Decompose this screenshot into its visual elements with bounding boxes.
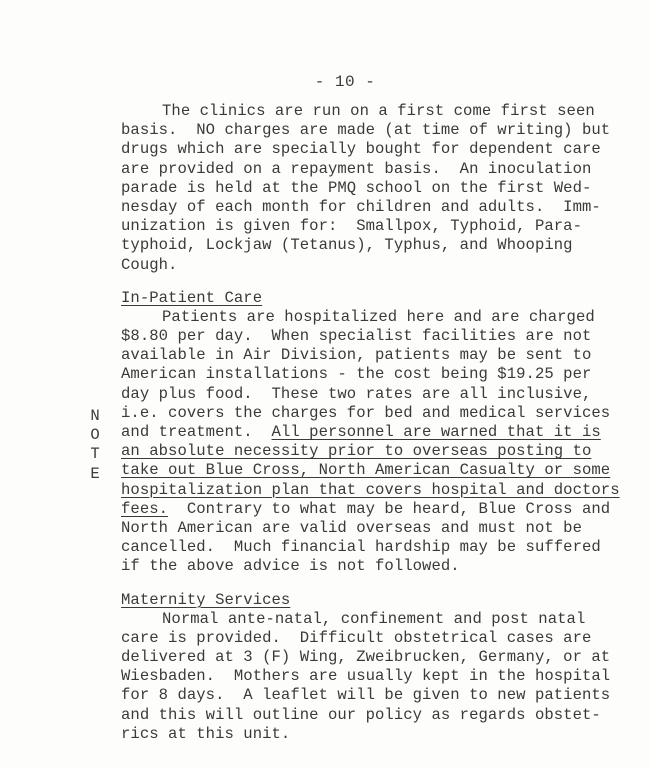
text-line: if the above advice is not followed.	[121, 557, 581, 576]
underlined-warning: hospitalization plan that covers hospita…	[121, 481, 620, 499]
text-line: typhoid, Lockjaw (Tetanus), Typhus, and …	[121, 236, 581, 255]
section-heading-maternity: Maternity Services	[121, 591, 290, 609]
text-line: American installations - the cost being …	[121, 365, 581, 384]
section-heading-inpatient: In-Patient Care	[121, 289, 262, 307]
text-line: parade is held at the PMQ school on the …	[121, 179, 581, 198]
text-line: $8.80 per day. When specialist facilitie…	[121, 327, 581, 346]
warning-line: and treatment. All personnel are warned …	[121, 423, 581, 442]
note-letter: T	[88, 445, 102, 464]
note-letter: O	[88, 426, 102, 445]
text-line: rics at this unit.	[121, 725, 581, 744]
text-line: basis. NO charges are made (at time of w…	[121, 121, 581, 140]
inpatient-section: In-Patient Care Patients are hospitalize…	[121, 289, 581, 577]
text-line: available in Air Division, patients may …	[121, 346, 581, 365]
text-line: for 8 days. A leaflet will be given to n…	[121, 686, 581, 705]
underlined-warning: an absolute necessity prior to overseas …	[121, 442, 591, 460]
note-margin-annotation: N O T E	[88, 407, 102, 484]
text-line: Patients are hospitalized here and are c…	[121, 308, 581, 327]
page-number: - 10 -	[0, 73, 650, 91]
text-line: i.e. covers the charges for bed and medi…	[121, 404, 581, 423]
document-body: The clinics are run on a first come firs…	[121, 102, 581, 744]
text-line: The clinics are run on a first come firs…	[121, 102, 581, 121]
text-line: nesday of each month for children and ad…	[121, 198, 581, 217]
underlined-warning: All personnel are warned that it is	[272, 423, 601, 441]
clinics-paragraph: The clinics are run on a first come firs…	[121, 102, 581, 275]
note-letter: E	[88, 465, 102, 484]
fees-line: fees. Contrary to what may be heard, Blu…	[121, 500, 581, 519]
note-letter: N	[88, 407, 102, 426]
text-line: Cough.	[121, 256, 581, 275]
text-line: unization is given for: Smallpox, Typhoi…	[121, 217, 581, 236]
text-line: delivered at 3 (F) Wing, Zweibrucken, Ge…	[121, 648, 581, 667]
text-line: Normal ante-natal, confinement and post …	[121, 610, 581, 629]
text-line: cancelled. Much financial hardship may b…	[121, 538, 581, 557]
text-line: Wiesbaden. Mothers are usually kept in t…	[121, 667, 581, 686]
maternity-section: Maternity Services Normal ante-natal, co…	[121, 591, 581, 745]
text-line: drugs which are specially bought for dep…	[121, 140, 581, 159]
underlined-warning: fees.	[121, 500, 168, 518]
underlined-warning: take out Blue Cross, North American Casu…	[121, 461, 610, 479]
text-line: and this will outline our policy as rega…	[121, 706, 581, 725]
text-line: day plus food. These two rates are all i…	[121, 385, 581, 404]
document-page: - 10 - N O T E The clinics are run on a …	[0, 0, 650, 768]
text-line: North American are valid overseas and mu…	[121, 519, 581, 538]
text-line: care is provided. Difficult obstetrical …	[121, 629, 581, 648]
text-line: are provided on a repayment basis. An in…	[121, 160, 581, 179]
